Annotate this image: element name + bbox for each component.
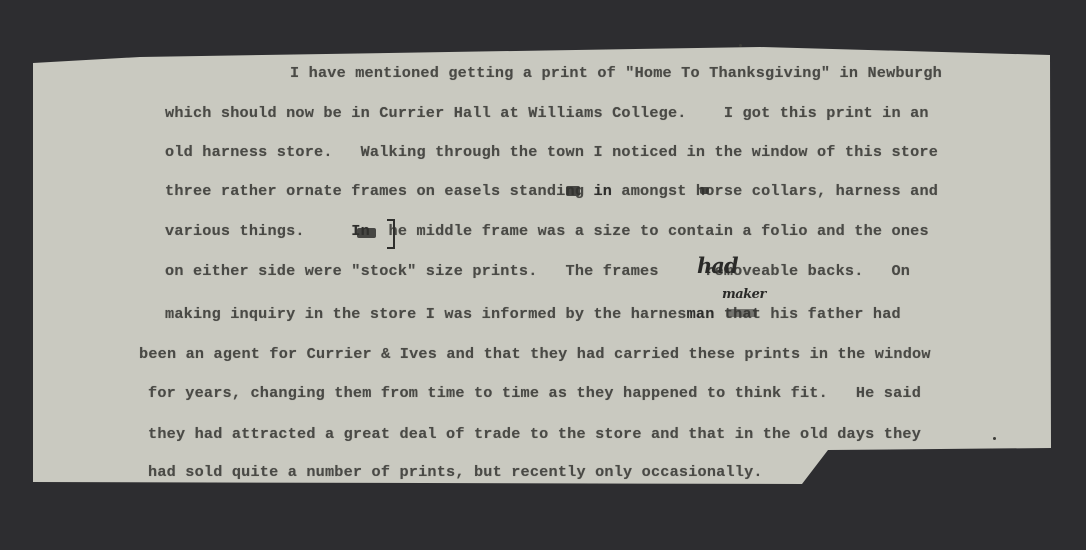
handwritten-insertion-maker: maker <box>722 287 766 302</box>
bracket-correction-mark <box>387 219 395 249</box>
text-line-1: I have mentioned getting a print of "Hom… <box>290 64 942 82</box>
struck-word: man <box>687 305 715 323</box>
text-line-9: for years, changing them from time to ti… <box>148 384 921 402</box>
text-line-2: which should now be in Currier Hall at W… <box>165 104 929 122</box>
text-segment: various things. <box>165 222 351 240</box>
text-line-6: on either side were "stock" size prints.… <box>165 262 910 280</box>
strikeout-mark <box>727 309 757 317</box>
struck-word: in <box>593 182 612 200</box>
text-line-8: been an agent for Currier & Ives and tha… <box>139 345 931 363</box>
text-segment: he middle frame was a size to contain a … <box>370 222 929 240</box>
text-segment: three rather ornate frames on easels sta… <box>165 182 593 200</box>
strikeout-mark <box>357 228 376 238</box>
ink-speck <box>739 44 742 47</box>
text-line-10: they had attracted a great deal of trade… <box>148 425 921 443</box>
strikeout-mark <box>566 186 580 196</box>
text-line-4: three rather ornate frames on easels sta… <box>165 182 938 200</box>
text-segment: amongst horse collars, harness and <box>612 182 938 200</box>
text-segment: making inquiry in the store I was inform… <box>165 305 687 323</box>
text-line-11: had sold quite a number of prints, but r… <box>148 463 763 481</box>
strikeout-mark <box>700 187 709 194</box>
text-line-7: making inquiry in the store I was inform… <box>165 305 901 323</box>
text-line-3: old harness store. Walking through the t… <box>165 143 938 161</box>
text-line-5: various things. In he middle frame was a… <box>165 222 929 240</box>
handwritten-insertion-had: had <box>697 253 738 278</box>
ink-speck <box>993 437 996 440</box>
